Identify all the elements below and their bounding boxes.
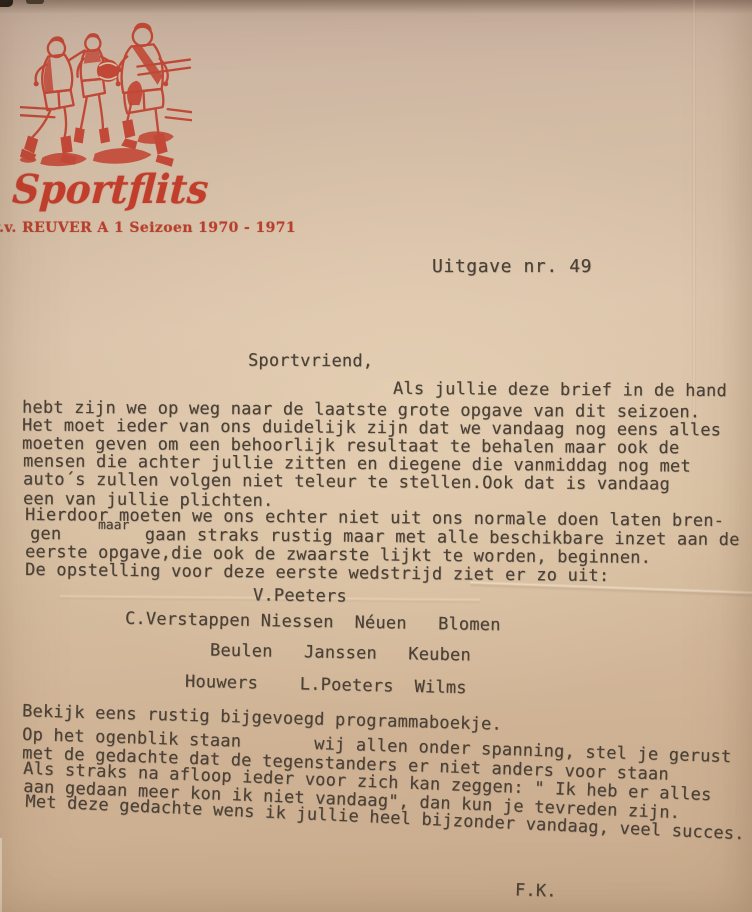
club-name: Sportflits <box>11 166 210 213</box>
lineup-defense: C.Verstappen Niessen Néuen Blomen <box>125 610 501 635</box>
paper-vertical-crease <box>692 0 696 430</box>
lineup-attack: Houwers L.Poeters Wilms <box>185 673 467 697</box>
photo-top-shadow <box>0 0 752 14</box>
lineup-midfield: Beulen Janssen Keuben <box>210 641 471 664</box>
letter-line: Als jullie deze brief in de hand <box>393 380 727 400</box>
photo-top-dark-mark <box>26 0 44 4</box>
issue-number: Uitgave nr. 49 <box>432 258 592 276</box>
lineup-keeper: V.Peeters <box>253 586 347 605</box>
club-subtitle: v.v. REUVER A 1 Seizoen 1970 - 1971 <box>0 220 296 236</box>
letter-line: De opstelling voor deze eerste wedstrijd… <box>25 561 610 585</box>
scanned-letter: Sportflits v.v. REUVER A 1 Seizoen 1970 … <box>0 0 752 912</box>
footballers-illustration-icon <box>20 16 192 178</box>
photo-corner-dark-sliver <box>0 0 13 7</box>
signature: F.K. <box>515 881 557 900</box>
greeting: Sportvriend, <box>248 352 373 371</box>
paper-left-edge-highlight <box>0 838 2 912</box>
